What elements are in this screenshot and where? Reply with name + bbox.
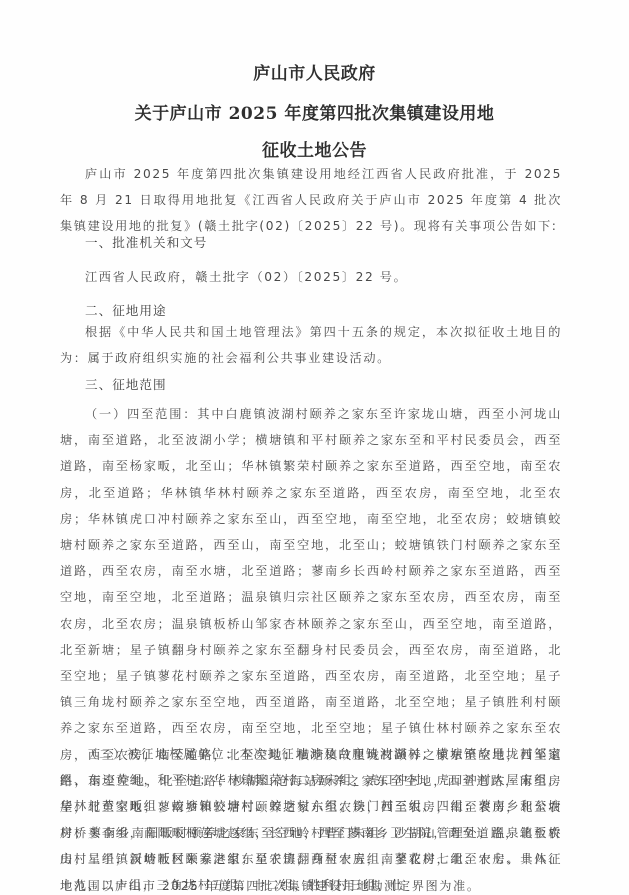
section-heading-approval: 一、批准机关和文号 — [60, 230, 562, 256]
section-purpose-text: 根据《中华人民共和国土地管理法》第四十五条的规定，本次拟征收土地目的为：属于政府… — [60, 319, 562, 371]
document-page: 庐山市人民政府 关于庐山市 2025 年度第四批次集镇建设用地 征收土地公告 庐… — [0, 0, 629, 895]
announcement-title-line2: 征收土地公告 — [0, 136, 629, 161]
issuer-title: 庐山市人民政府 — [0, 59, 629, 84]
section-heading-scope: 三、征地范围 — [60, 372, 562, 398]
intro-text: 庐山市 2025 年度第四批次集镇建设用地经江西省人民政府批准，于 2025 年… — [60, 161, 562, 240]
section-approval-text: 江西省人民政府，赣土批字（02）〔2025〕22 号。 — [60, 264, 562, 290]
section-scope-owners: （二）被征地权属单位：本次拟征地涉及白鹿镇波湖村；横塘镇故里垅村邹家组、东边黄组… — [60, 741, 562, 895]
intro-paragraph: 庐山市 2025 年度第四批次集镇建设用地经江西省人民政府批准，于 2025 年… — [60, 161, 562, 240]
announcement-title-line1: 关于庐山市 2025 年度第四批次集镇建设用地 — [0, 99, 629, 124]
